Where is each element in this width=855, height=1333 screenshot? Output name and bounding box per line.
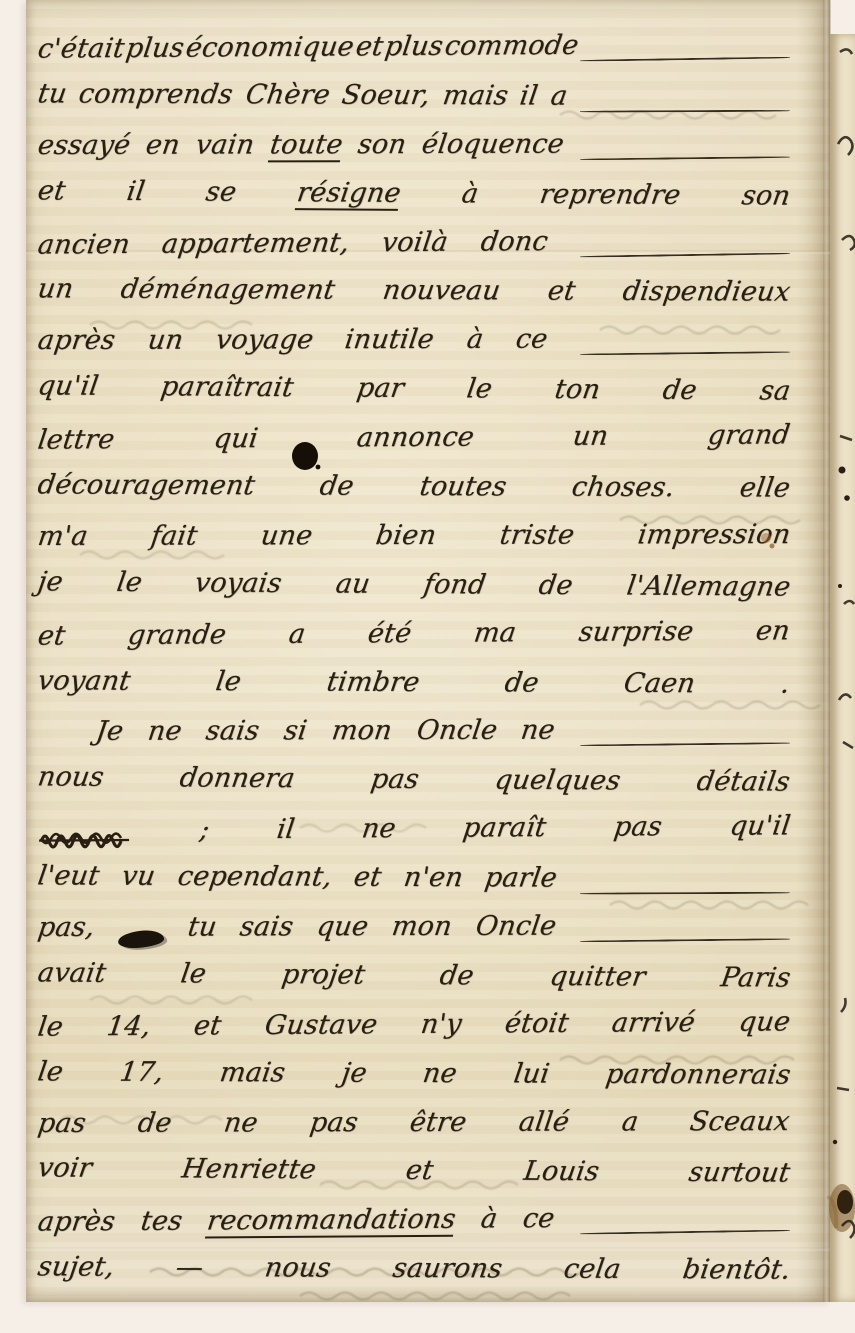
word: mon [330,718,394,745]
word: ; [198,817,211,844]
word: déménagement [119,276,337,304]
word: un [146,327,185,354]
manuscript-line: essayéenvaintoutesonéloquence [38,123,790,174]
word: surtout [687,1159,792,1187]
word: ton [553,376,602,403]
word: le [214,668,243,695]
word: de [661,377,699,404]
word: fond [422,571,488,598]
word: toutes [418,473,508,500]
word: l'eut [36,863,101,890]
word: découragement [36,471,257,499]
word: voir [36,1155,94,1182]
word: le [180,960,209,987]
word: un [36,276,75,303]
word: sujet, [36,1254,116,1281]
word: une [259,522,314,549]
word: Caen [623,670,698,697]
word: bientôt. [681,1256,792,1283]
word: a [287,620,307,647]
word: ma [472,619,518,646]
word: avait [36,959,108,986]
manuscript-line: l'eutvucependant,etn'enparle [38,856,790,908]
word: de [318,473,356,500]
scribbled-out-word [38,827,132,859]
word: Je [94,718,125,745]
word: voyais [193,569,284,597]
word: à [479,1206,499,1233]
word: plus [383,33,445,60]
word: a [620,1108,640,1135]
word: quitter [548,963,647,991]
word: triste [498,521,576,548]
word: mais [441,82,510,109]
word: et [36,177,67,204]
word: à [460,180,480,207]
word: et [192,1012,223,1039]
word: il [275,816,296,843]
manuscript-line: tucomprendsChèreSoeur,maisila [38,73,790,125]
manuscript-line: pas,tusaisquemonOncle [38,905,790,956]
word: le [465,376,494,403]
word: et [36,622,67,649]
manuscript-line: ancienappartement,voilàdonc [38,219,790,273]
word: au [334,570,372,597]
word: il [519,82,541,109]
word: sais [239,913,296,940]
word: appartement, [161,229,352,257]
word: quelques [493,767,622,795]
word: donnera [178,765,297,793]
word: lui [512,1060,551,1087]
pen-flourish-dash [580,156,790,160]
word: c'était [36,35,126,63]
word: son [740,182,792,209]
word: toute [268,131,345,162]
word: nouveau [381,277,502,304]
word: que [737,1008,792,1035]
word: je [340,1059,369,1086]
manuscript-line: voyantletimbredeCaen. [38,660,790,712]
manuscript-line: etgrandeaétémasurpriseen [38,610,790,664]
pen-flourish-dash [580,252,790,257]
word: après [36,1208,117,1236]
word: nous [263,1255,333,1282]
word: Chère [244,81,332,108]
word: ne [360,815,397,842]
word: lettre [36,426,116,454]
word: et [352,864,383,891]
word: paraît [462,814,549,842]
word: ne [520,717,558,744]
word: pardonnerais [604,1061,792,1089]
manuscript-line: sujet,—noussauronscelabientôt. [38,1247,790,1299]
manuscript-line: aprèsunvoyageinutileàce [38,318,790,369]
word: Henriette [180,1156,318,1184]
word: pas [36,1109,88,1136]
word: a [549,82,569,109]
word: qui [212,425,260,452]
word: projet [280,961,367,989]
manuscript-line: le17,maisjeneluipardonnerais [38,1051,790,1103]
word: Sceaux [689,1108,792,1135]
word: pas [369,766,421,793]
word: à [465,326,485,353]
word: cela [562,1256,623,1283]
ink-blot [118,930,165,950]
word: de [537,572,575,599]
manuscript-text: c'étaitpluséconomiqueetpluscommodetucomp… [38,26,790,1297]
word: vu [120,863,157,890]
word: allé [517,1108,571,1135]
manuscript-line: c'étaitpluséconomiqueetpluscommode [38,23,790,77]
word: n'y [419,1010,463,1037]
pen-flourish-dash [580,351,790,355]
word: — [174,1254,205,1281]
manuscript-line: m'afaitunebientristeimpression [38,514,790,565]
manuscript-line: lettrequiannonceungrand [38,415,790,469]
word: grande [126,621,228,649]
word: paraîtrait [159,373,295,401]
word: essayé [36,132,132,159]
manuscript-line: aprèstesrecommandationsàce [38,1197,790,1251]
word: vain [194,131,256,158]
word: surprise [577,618,695,646]
word: Paris [719,964,792,991]
word: recommandations [205,1206,457,1239]
word: arrivé [610,1009,697,1037]
word: nous [36,764,106,791]
manuscript-line: voirHenrietteetLouissurtout [38,1148,790,1202]
word: que [316,913,371,940]
word: n'en [402,864,465,891]
word: m'a [36,523,89,550]
manuscript-line: nousdonnerapasquelquesdétails [38,757,790,811]
word: pas [612,814,663,841]
word: timbre [325,668,421,695]
word: Soeur, [340,82,432,109]
word: ce [521,1205,556,1232]
word: ne [222,1109,260,1136]
word: éloquence [420,130,566,157]
manuscript-line: etilserésigneàreprendreson [38,170,790,224]
pen-flourish-dash [580,892,790,895]
manuscript-line: undéménagementnouveauetdispendieux [38,269,790,321]
word: et [546,278,577,305]
word: étoit [503,1010,570,1037]
word: sa [758,378,792,405]
word: il [125,178,147,205]
pen-flourish-dash [580,743,790,747]
letter-scan: c'étaitpluséconomiqueetpluscommodetucomp… [0,0,855,1333]
word: pas [308,1109,360,1136]
word: le [36,1058,65,1085]
word: ancien [36,231,131,259]
word: en [144,131,182,158]
word: annonce [355,424,476,452]
word: en [754,617,791,644]
manuscript-line: jelevoyaisaufonddel'Allemagne [38,561,790,615]
word: cependant, [176,863,334,891]
word: dispendieux [621,278,792,306]
manuscript-line: JenesaissimonOnclene [38,709,790,760]
word: son [356,131,408,158]
word: être [409,1108,469,1135]
word: par [355,375,406,402]
word: comprends [77,80,234,108]
word: elle [738,474,792,501]
word: après [36,327,117,354]
word: de [438,962,476,989]
pen-flourish-dash [580,56,790,61]
word: bien [374,522,438,549]
word: tes [139,1208,184,1235]
pen-flourish-dash [580,938,790,942]
manuscript-line: le14,etGustaven'yétoitarrivéque [38,1001,790,1055]
word: impression [636,521,792,548]
word: se [204,178,238,205]
word: et [404,1157,435,1184]
word: commode [443,32,580,60]
pen-flourish-dash [580,110,790,113]
word: choses. [570,474,676,501]
word: de [136,1109,173,1136]
word: si [282,718,309,745]
manuscript-line: pasdenepasêtrealléaSceaux [38,1101,790,1152]
word: un [572,423,611,450]
word: l'Allemagne [625,572,792,600]
pen-flourish-dash [580,1230,790,1235]
manuscript-line: ;ilneparaîtpasqu'il [38,806,790,860]
word: qu'il [728,813,792,840]
adjacent-page-edge [830,34,855,1302]
word: voilà [380,228,449,255]
word: voyant [36,667,132,694]
word: Oncle [474,913,558,940]
word: économique [184,33,355,61]
word: parle [484,864,560,891]
manuscript-line: découragementdetouteschoses.elle [38,464,790,516]
word: ne [421,1060,459,1087]
word: grand [706,421,792,449]
word: ne [146,718,184,745]
word: qu'il [36,373,100,400]
word: pas, [36,914,96,941]
word: mais [218,1059,287,1086]
word: fait [149,522,199,549]
word: ce [514,326,549,353]
word: Gustave [263,1011,379,1039]
word: sais [205,718,262,745]
word: Oncle [415,717,499,744]
word: mon [391,913,455,940]
manuscript-line: qu'ilparaîtraitparletondesa [38,366,790,420]
word: voyage [214,327,315,354]
word: inutile [344,326,437,353]
word: de [503,669,541,696]
word: reprendre [538,181,682,209]
word: donc [479,228,549,255]
word: résigne [295,179,403,211]
word: le [36,1013,65,1040]
word: et [354,33,385,60]
word: 14, [105,1013,152,1040]
manuscript-line: avaitleprojetdequitterParis [38,952,790,1006]
word: tu [36,80,69,107]
word: détails [695,768,792,796]
word: saurons [391,1255,504,1282]
word: plus [124,35,186,62]
word: tu [186,914,218,941]
word: 17, [118,1058,165,1085]
word: je [36,568,65,595]
word: été [366,620,413,647]
word: Louis [522,1158,601,1185]
word: le [115,569,144,596]
